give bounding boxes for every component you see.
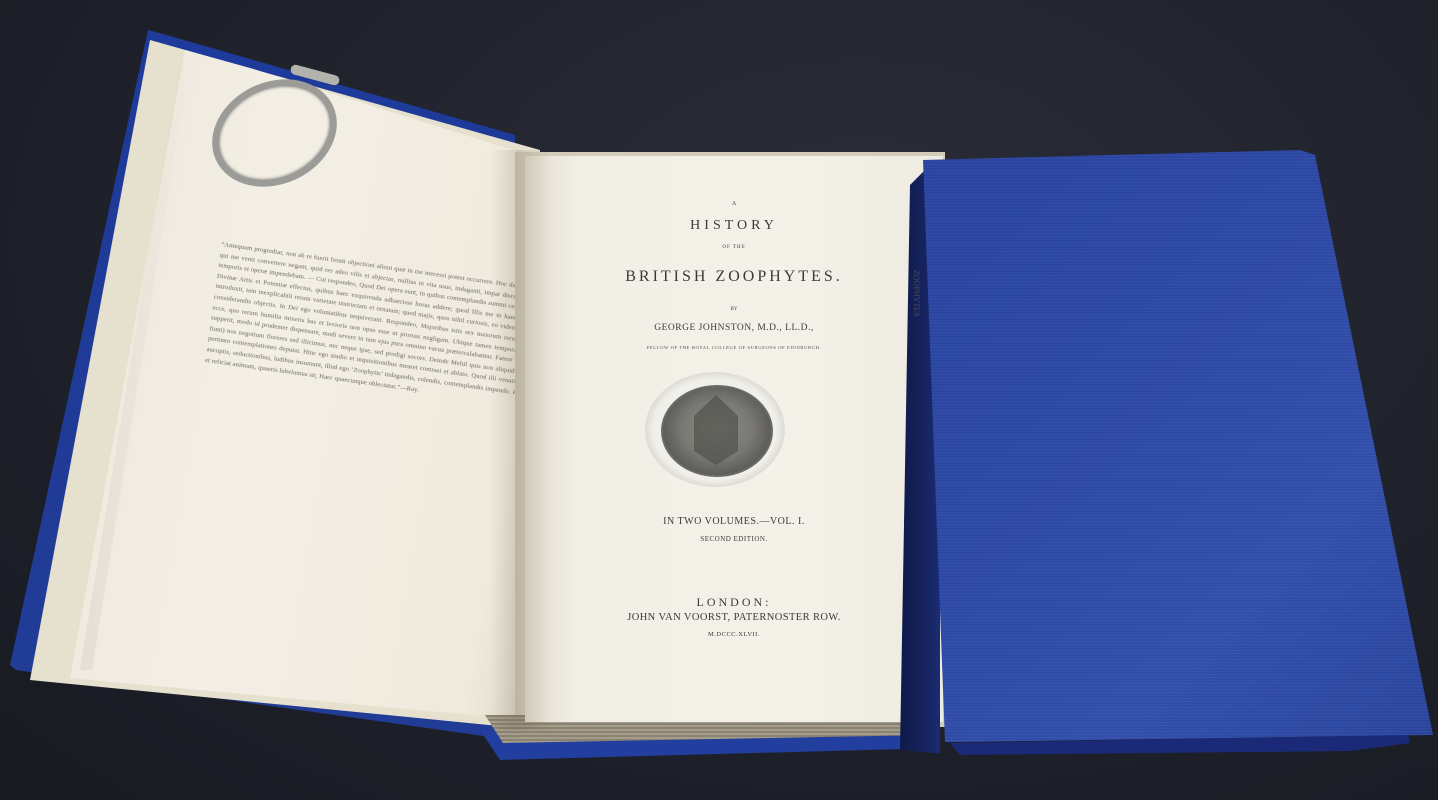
title-subject: BRITISH ZOOPHYTES. bbox=[525, 268, 943, 286]
title-of-the: OF THE bbox=[525, 245, 943, 250]
title-author-affiliation: FELLOW OF THE ROYAL COLLEGE OF SURGEONS … bbox=[525, 345, 943, 350]
closed-book-spine-text: ZOOPHYTES bbox=[907, 270, 921, 370]
title-year: M.DCCC.XLVII. bbox=[525, 631, 943, 638]
title-edition: SECOND EDITION. bbox=[525, 535, 943, 543]
title-author: GEORGE JOHNSTON, M.D., LL.D., bbox=[525, 323, 943, 333]
title-publisher: JOHN VAN VOORST, PATERNOSTER ROW. bbox=[525, 612, 943, 623]
gutter-shadow bbox=[490, 150, 550, 730]
photo-scene: “Antequam progrediar, non ab re fuerit f… bbox=[0, 0, 1438, 800]
title-volumes: IN TWO VOLUMES.—VOL. I. bbox=[525, 516, 943, 527]
title-history: HISTORY bbox=[525, 218, 943, 234]
title-article: A bbox=[525, 201, 943, 207]
title-city: LONDON: bbox=[525, 595, 943, 610]
title-by: BY bbox=[525, 307, 943, 312]
